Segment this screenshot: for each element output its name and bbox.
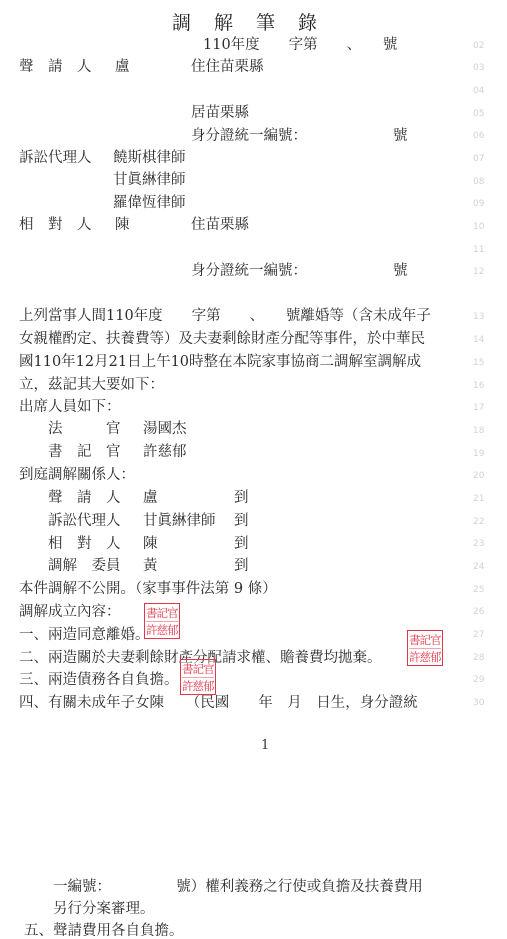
line-number: 22: [473, 517, 484, 527]
line-number: 03: [473, 63, 484, 73]
content-heading: 調解成立內容：: [19, 603, 121, 621]
line-number: 15: [473, 358, 484, 368]
item-3: 三、兩造債務各自負擔。: [19, 671, 179, 689]
seal-title: 書記官: [409, 632, 441, 648]
continuation-line-2: 另行分案審理。: [53, 900, 155, 918]
item-1: 一、兩造同意離婚。: [19, 626, 150, 644]
line-number: 20: [473, 471, 484, 481]
respondent-id-suffix: 號: [393, 262, 408, 280]
present-role-mediator: 調解 委員: [48, 557, 121, 575]
applicant-role: 聲 請 人: [19, 58, 92, 76]
continuation-line-1: 一編號： 號）權利義務之行使或負擔及扶養費用: [53, 878, 423, 896]
line-number: 07: [473, 154, 484, 164]
attorney-name-3: 羅偉恆律師: [113, 194, 186, 212]
line-number: 25: [473, 585, 484, 595]
present-status-applicant: 到: [234, 489, 249, 507]
document-title: 調 解 筆 錄: [172, 8, 319, 35]
line-number: 21: [473, 494, 484, 504]
line-number: 18: [473, 426, 484, 436]
applicant-name: 盧: [115, 58, 130, 76]
attorney-role: 訴訟代理人: [19, 149, 92, 167]
clerk-seal-stamp: 書記官 許慈郁: [144, 603, 180, 639]
respondent-name: 陳: [115, 216, 130, 234]
line-number: 28: [473, 653, 484, 663]
attendee-role-judge: 法 官: [48, 420, 121, 438]
seal-title: 書記官: [182, 661, 214, 677]
line-number: 29: [473, 675, 484, 685]
line-number: 13: [473, 312, 484, 322]
privacy-note: 本件調解不公開。（家事事件法第 9 條）: [19, 580, 277, 598]
present-role-attorney: 訴訟代理人: [48, 512, 121, 530]
intro-line-1: 上列當事人間110年度 字第 、 號離婚等（含未成年子: [19, 307, 431, 325]
line-number: 14: [473, 335, 484, 345]
attendee-name-judge: 湯國杰: [143, 420, 187, 438]
line-number: 04: [473, 86, 484, 96]
applicant-address: 住住苗栗縣: [191, 58, 264, 76]
line-number: 11: [473, 245, 484, 255]
attendee-name-clerk: 許慈郁: [143, 443, 187, 461]
line-number: 02: [473, 41, 484, 51]
case-number: 110年度 字第 、 號: [203, 36, 397, 54]
seal-title: 書記官: [146, 605, 178, 621]
present-heading: 到庭調解關係人：: [19, 466, 135, 484]
present-name-attorney: 甘眞綝律師: [143, 512, 216, 530]
respondent-id-label: 身分證統一編號：: [191, 262, 307, 280]
intro-line-4: 立，茲記其大要如下：: [19, 376, 164, 394]
present-name-mediator: 黃: [143, 557, 158, 575]
line-number: 17: [473, 403, 484, 413]
line-number: 08: [473, 177, 484, 187]
present-status-mediator: 到: [234, 557, 249, 575]
line-number: 27: [473, 630, 484, 640]
present-role-respondent: 相 對 人: [48, 535, 121, 553]
present-role-applicant: 聲 請 人: [48, 489, 121, 507]
applicant-id-suffix: 號: [393, 127, 408, 145]
intro-line-3: 國110年12月21日上午10時整在本院家事協商二調解室調解成: [19, 353, 421, 371]
present-name-applicant: 盧: [143, 489, 158, 507]
line-number: 05: [473, 109, 484, 119]
line-number: 10: [473, 222, 484, 232]
line-number: 26: [473, 607, 484, 617]
respondent-address: 住苗栗縣: [191, 216, 249, 234]
clerk-seal-stamp: 書記官 許慈郁: [180, 659, 216, 695]
seal-name: 許慈郁: [182, 677, 214, 694]
line-number: 30: [473, 698, 484, 708]
intro-line-2: 女親權酌定、扶養費等）及夫妻剩餘財產分配等事件，於中華民: [19, 330, 425, 348]
present-name-respondent: 陳: [143, 535, 158, 553]
present-status-respondent: 到: [234, 535, 249, 553]
line-number: 19: [473, 449, 484, 459]
applicant-id-label: 身分證統一編號：: [191, 127, 307, 145]
continuation-line-3: 五、聲請費用各自負擔。: [24, 922, 184, 939]
line-number: 23: [473, 539, 484, 549]
respondent-role: 相 對 人: [19, 216, 92, 234]
clerk-seal-stamp: 書記官 許慈郁: [407, 630, 443, 666]
seal-name: 許慈郁: [146, 621, 178, 638]
line-number: 06: [473, 131, 484, 141]
item-4: 四、有關未成年子女陳 （民國 年 月 日生，身分證統: [19, 694, 418, 712]
seal-name: 許慈郁: [409, 648, 441, 665]
line-number: 09: [473, 199, 484, 209]
attorney-name-1: 饒斯棋律師: [113, 149, 186, 167]
attendees-heading: 出席人員如下：: [19, 398, 121, 416]
line-number: 24: [473, 562, 484, 572]
attendee-role-clerk: 書 記 官: [48, 443, 121, 461]
applicant-residence: 居苗栗縣: [191, 104, 249, 122]
line-number: 16: [473, 381, 484, 391]
attorney-name-2: 甘眞綝律師: [113, 171, 186, 189]
line-number: 12: [473, 267, 484, 277]
page-number: 1: [261, 738, 269, 753]
present-status-attorney: 到: [234, 512, 249, 530]
